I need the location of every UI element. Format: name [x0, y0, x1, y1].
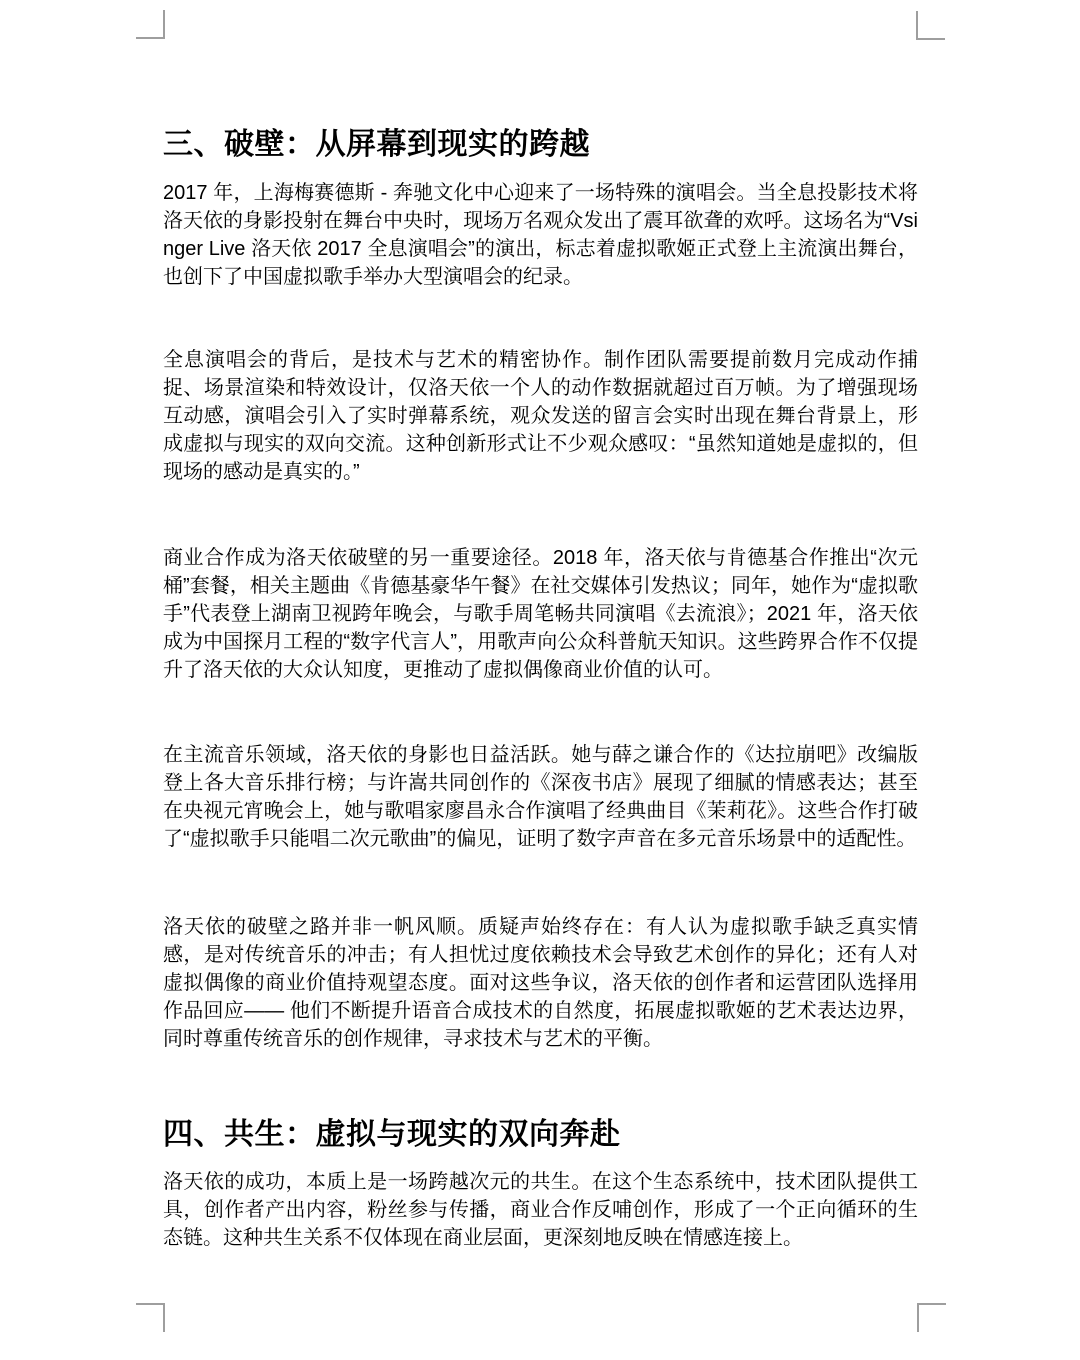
- paragraph-controversy: 洛天依的破壁之路并非一帆风顺。质疑声始终存在：有人认为虚拟歌手缺乏真实情感，是对…: [163, 913, 918, 1053]
- paragraph-mainstream-music: 在主流音乐领域，洛天依的身影也日益活跃。她与薛之谦合作的《达拉崩吧》改编版登上各…: [163, 741, 918, 853]
- crop-mark-top-left: [136, 10, 165, 39]
- paragraph-symbiosis: 洛天依的成功，本质上是一场跨越次元的共生。在这个生态系统中，技术团队提供工具，创…: [163, 1168, 918, 1252]
- crop-mark-bottom-right: [917, 1303, 946, 1332]
- paragraph-commercial: 商业合作成为洛天依破壁的另一重要途径。2018 年，洛天依与肯德基合作推出“次元…: [163, 544, 918, 684]
- section-heading-3: 三、破壁：从屏幕到现实的跨越: [163, 127, 918, 163]
- document-page: 三、破壁：从屏幕到现实的跨越 2017 年，上海梅赛德斯 - 奔驰文化中心迎来了…: [0, 0, 1080, 1360]
- section-heading-4: 四、共生：虚拟与现实的双向奔赴: [163, 1117, 918, 1153]
- paragraph-concert: 2017 年，上海梅赛德斯 - 奔驰文化中心迎来了一场特殊的演唱会。当全息投影技…: [163, 179, 918, 291]
- crop-mark-top-right: [916, 11, 945, 40]
- crop-mark-bottom-left: [136, 1303, 165, 1332]
- paragraph-technology: 全息演唱会的背后，是技术与艺术的精密协作。制作团队需要提前数月完成动作捕捉、场景…: [163, 346, 918, 486]
- document-body: 三、破壁：从屏幕到现实的跨越 2017 年，上海梅赛德斯 - 奔驰文化中心迎来了…: [163, 0, 918, 1252]
